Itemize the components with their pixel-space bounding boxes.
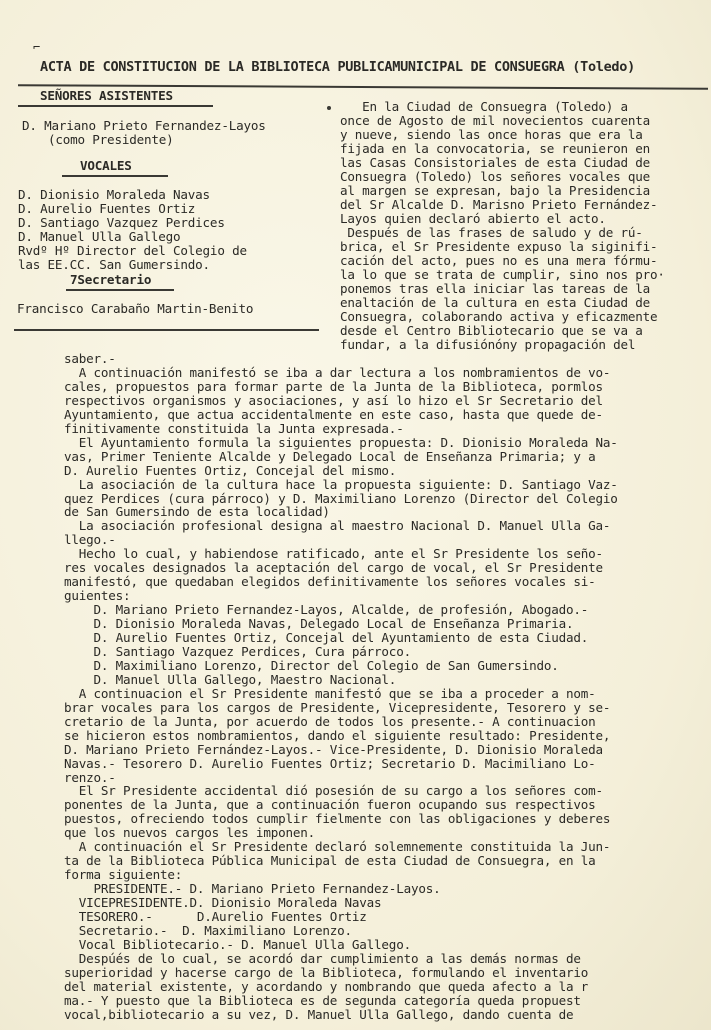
vocal-item: D. Dionisio Moraleda Navas [18, 188, 210, 202]
body-line: renzo.- [64, 771, 116, 785]
body-line: puestos, ofreciendo todos cumplir fielme… [64, 812, 610, 826]
body-line: D. Dionisio Moraleda Navas, Delegado Loc… [64, 617, 573, 631]
body-line: D. Aurelio Fuentes Ortiz, Concejal del A… [64, 631, 588, 645]
paragraph-line: del Sr Alcalde D. Marisno Prieto Fernánd… [340, 198, 657, 212]
body-line: Vocal Bibliotecario.- D. Manuel Ulla Gal… [64, 938, 411, 952]
body-line: cretario de la Junta, por acuerdo de tod… [64, 715, 596, 729]
bullet-dot [327, 106, 331, 110]
body-line: guientes: [64, 589, 130, 603]
body-line: del material existente, y acordando y no… [64, 980, 588, 994]
vocales-underline [62, 175, 168, 177]
paragraph-line: y nueve, siendo las once horas que era l… [340, 128, 643, 142]
body-line: se hicieron estos nombramientos, dando e… [64, 729, 610, 743]
paragraph-line: brica, el Sr Presidente expuso la sigini… [340, 240, 657, 254]
body-line: D. Santiago Vazquez Perdices, Cura párro… [64, 645, 411, 659]
paragraph-line: Consuegra, colaborando activa y eficazme… [340, 310, 657, 324]
paragraph-line: la lo que se trata de cumplir, sino nos … [340, 268, 665, 282]
body-line: finitivamente constituida la Junta expre… [64, 422, 404, 436]
heading-secretario: 7Secretario [70, 273, 151, 287]
body-line: quez Perdices (cura párroco) y D. Maximi… [64, 492, 618, 506]
body-line: llego.- [64, 533, 116, 547]
heading-asistentes: SEÑORES ASISTENTES [40, 89, 173, 103]
body-line: PRESIDENTE.- D. Mariano Prieto Fernandez… [64, 882, 441, 896]
paragraph-line: En la Ciudad de Consuegra (Toledo) a [340, 100, 628, 114]
body-line: Navas.- Tesorero D. Aurelio Fuentes Orti… [64, 757, 596, 771]
paragraph-line: desde el Centro Bibliotecario que se va … [340, 324, 643, 338]
body-line: Despúés de lo cual, se acordó dar cumpli… [64, 952, 581, 966]
body-line: A continuación el Sr Presidente declaró … [64, 840, 610, 854]
body-line: TESORERO.- D.Aurelio Fuentes Ortiz [64, 910, 367, 924]
vocal-item: Rvdº Hº Director del Colegio de [18, 244, 247, 258]
president-role: (como Presidente) [48, 133, 174, 147]
left-column-rule [14, 329, 319, 331]
body-line: de San Gumersindo de esta localidad) [64, 505, 330, 519]
president-name: D. Mariano Prieto Fernandez-Layos [22, 119, 266, 133]
paragraph-line: las Casas Consistoriales de esta Ciudad … [340, 156, 650, 170]
paragraph-line: fijada en la convocatoria, se reunieron … [340, 142, 650, 156]
body-line: D. Manuel Ulla Gallego, Maestro Nacional… [64, 673, 396, 687]
vocal-item: D. Santiago Vazquez Perdices [18, 216, 225, 230]
body-line: Ayuntamiento, que actua accidentalmente … [64, 408, 603, 422]
document-page: ⌐ ACTA DE CONSTITUCION DE LA BIBLIOTECA … [0, 0, 711, 1030]
paragraph-line: fundar, a la difusiónóny propagación del [340, 338, 635, 352]
body-line: ta de la Biblioteca Pública Municipal de… [64, 854, 596, 868]
body-line: La asociación profesional designa al mae… [64, 519, 610, 533]
paragraph-line: enaltación de la cultura en esta Ciudad … [340, 296, 650, 310]
body-line: VICEPRESIDENTE.D. Dionisio Moraleda Nava… [64, 896, 381, 910]
body-line: A continuación manifestó se iba a dar le… [64, 366, 610, 380]
body-line: El Ayuntamiento formula la siguientes pr… [64, 436, 618, 450]
body-line: El Sr Presidente accidental dió posesión… [64, 784, 603, 798]
body-line: vas, Primer Teniente Alcalde y Delegado … [64, 450, 596, 464]
heading-vocales: VOCALES [80, 159, 132, 173]
body-line: manifestó, que quedaban elegidos definit… [64, 575, 596, 589]
paragraph-line: cación del acto, pues no es una mera fór… [340, 254, 657, 268]
vocal-item: D. Aurelio Fuentes Ortiz [18, 202, 195, 216]
body-line: brar vocales para los cargos de Presiden… [64, 701, 610, 715]
body-line: ma.- Y puesto que la Biblioteca es de se… [64, 994, 581, 1008]
document-title: ACTA DE CONSTITUCION DE LA BIBLIOTECA PU… [40, 60, 635, 74]
body-line: D. Mariano Prieto Fernández-Layos.- Vice… [64, 743, 603, 757]
body-line: cales, propuestos para formar parte de l… [64, 380, 603, 394]
body-line: vocal,bibliotecario a su vez, D. Manuel … [64, 1008, 573, 1022]
body-line: forma siguiente: [64, 868, 182, 882]
vocal-item: las EE.CC. San Gumersindo. [18, 258, 210, 272]
body-line: respectivos organismos y asociaciones, y… [64, 394, 603, 408]
paragraph-line: Consuegra (Toledo) los señores vocales q… [340, 170, 650, 184]
body-line: D. Aurelio Fuentes Ortiz, Concejal del m… [64, 464, 396, 478]
body-line: superioridad y hacerse cargo de la Bibli… [64, 966, 588, 980]
asistentes-underline [18, 105, 213, 107]
body-line: res vocales designados la aceptación del… [64, 561, 603, 575]
body-line: A continuacion el Sr Presidente manifest… [64, 687, 596, 701]
paragraph-line: ponemos tras ella iniciar las tareas de … [340, 282, 650, 296]
body-line: La asociación de la cultura hace la prop… [64, 478, 618, 492]
paragraph-line: Layos quien declaró abierto el acto. [340, 212, 606, 226]
paragraph-line: al margen se expresan, bajo la Presidenc… [340, 184, 650, 198]
body-line: Secretario.- D. Maximiliano Lorenzo. [64, 924, 352, 938]
secretario-underline [66, 289, 174, 291]
body-line: D. Maximiliano Lorenzo, Director del Col… [64, 659, 559, 673]
body-line: D. Mariano Prieto Fernandez-Layos, Alcal… [64, 603, 588, 617]
corner-mark: ⌐ [33, 40, 40, 54]
body-line: que los nuevos cargos les imponen. [64, 826, 315, 840]
body-line: saber.- [64, 352, 116, 366]
paragraph-line: Después de las frases de saludo y de rú- [340, 226, 643, 240]
paragraph-line: once de Agosto de mil novecientos cuaren… [340, 114, 650, 128]
vocal-item: D. Manuel Ulla Gallego [18, 230, 180, 244]
body-line: ponentes de la Junta, que a continuación… [64, 798, 596, 812]
secretario-name: Francisco Carabaño Martin-Benito [17, 302, 253, 316]
body-line: Hecho lo cual, y habiendose ratificado, … [64, 547, 603, 561]
